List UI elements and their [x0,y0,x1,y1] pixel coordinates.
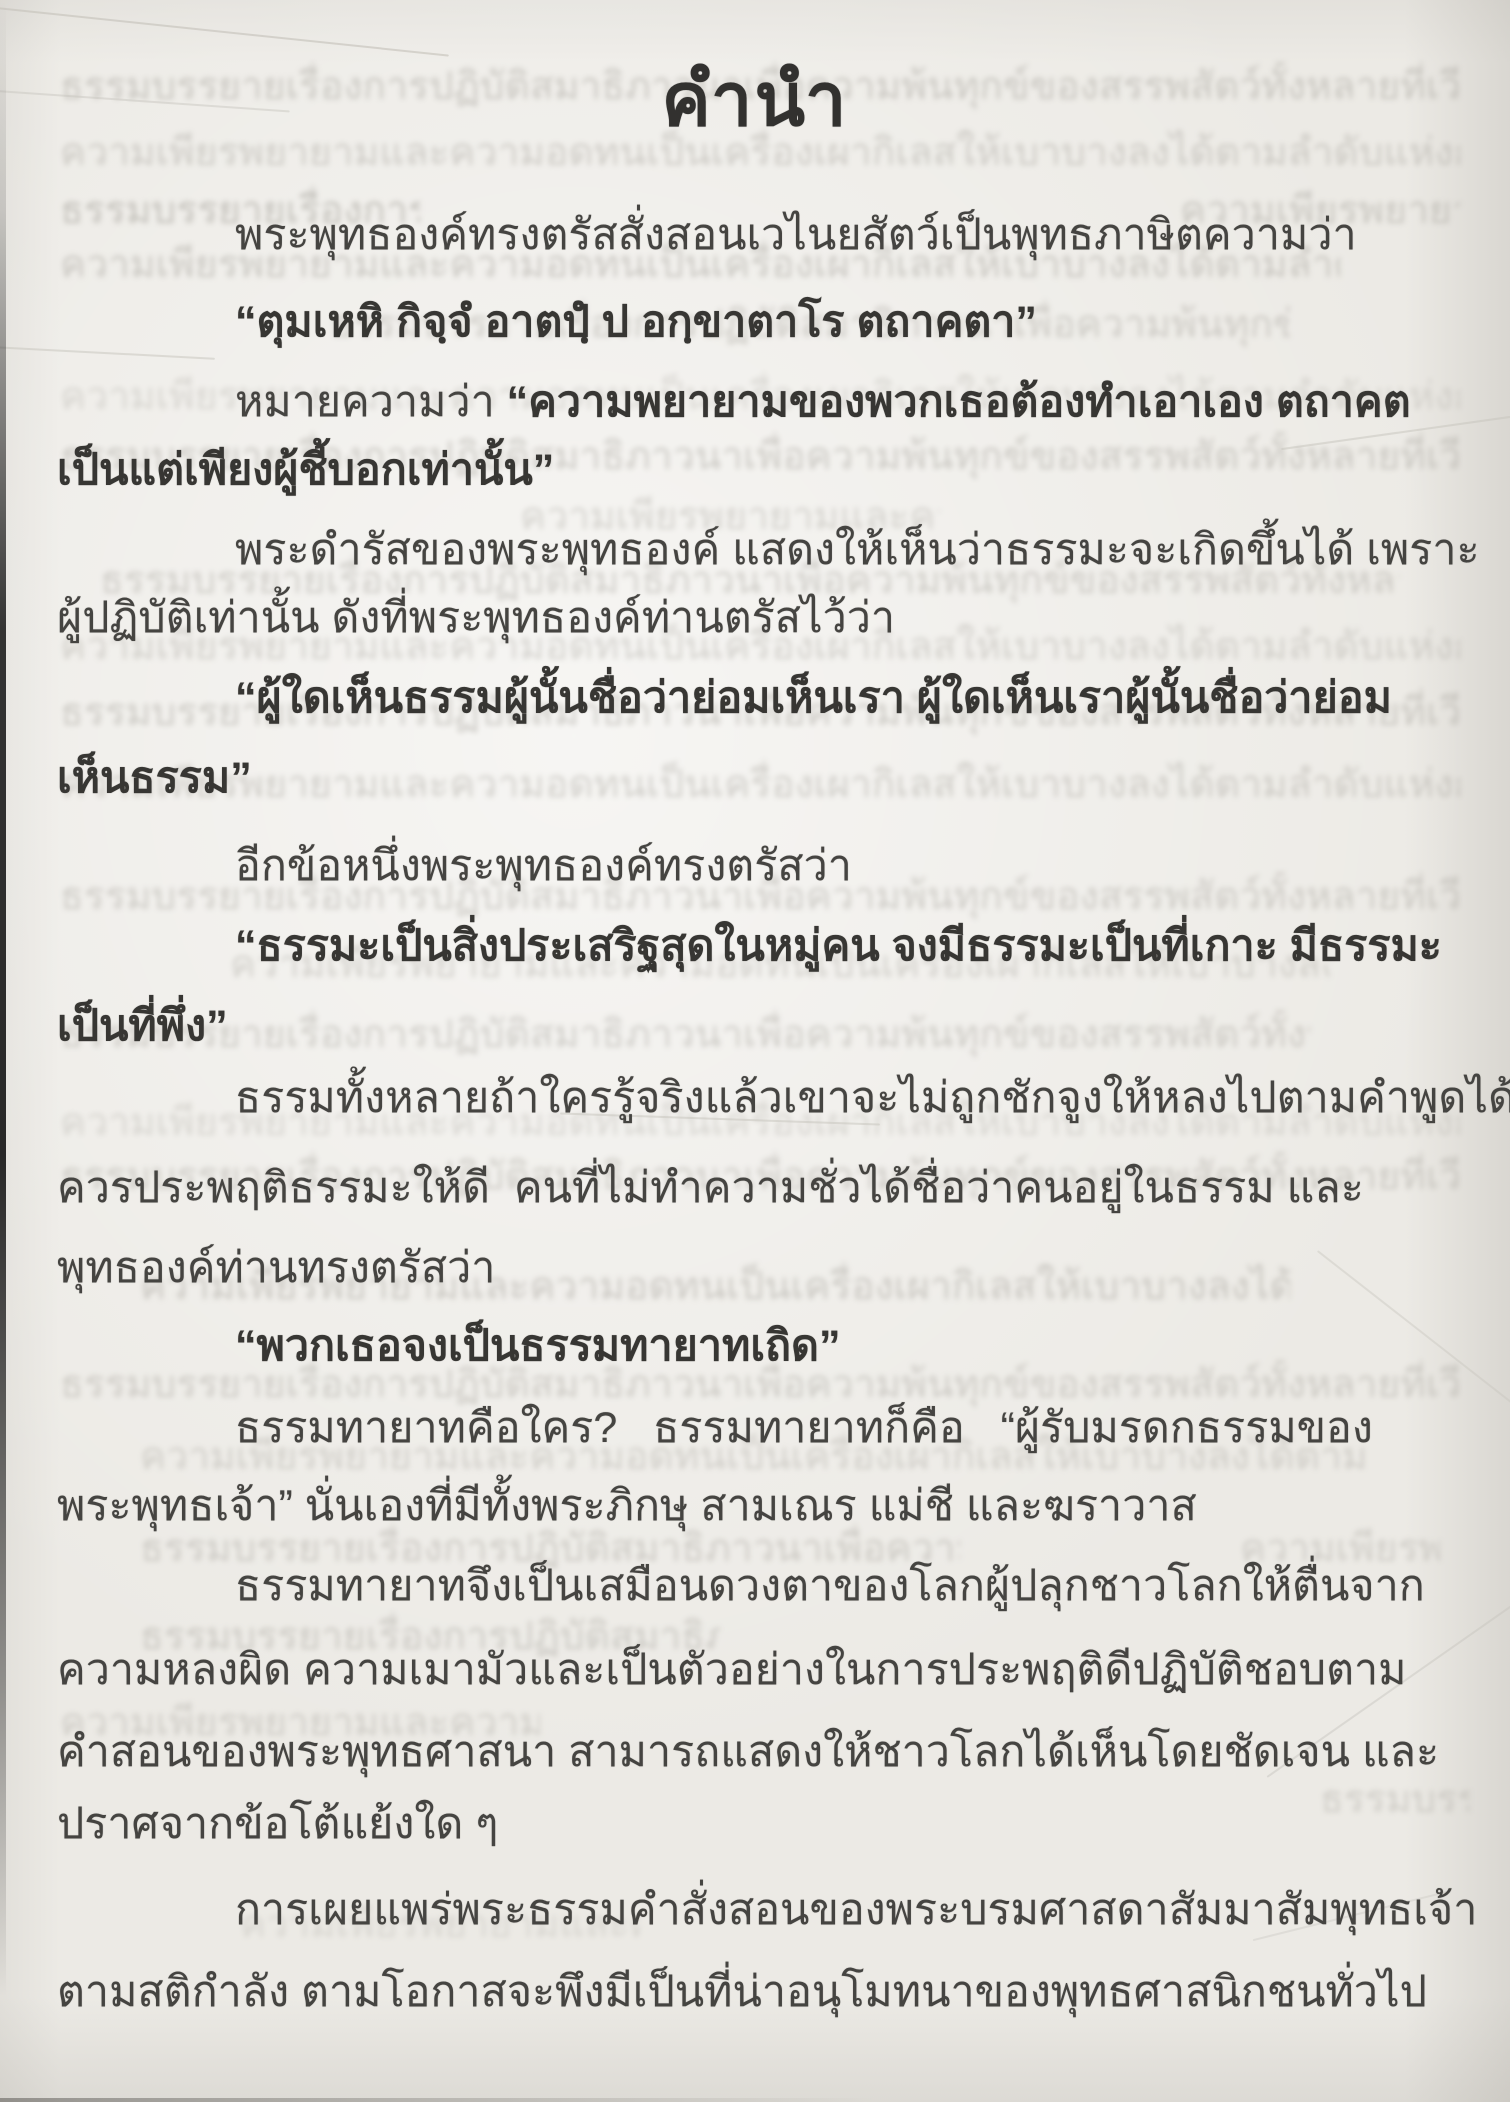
text-line: เห็นธรรม” [57,748,1465,812]
body-text: หมายความว่า [235,378,507,426]
body-text: อีกข้อหนึ่งพระพุทธองค์ทรงตรัสว่า [235,842,852,890]
text-line: ธรรมทายาทจึงเป็นเสมือนดวงตาของโลกผู้ปลุก… [57,1556,1510,1620]
text-line: คำสอนของพระพุทธศาสนา สามารถแสดงให้ชาวโลก… [57,1722,1465,1786]
text-line: อีกข้อหนึ่งพระพุทธองค์ทรงตรัสว่า [57,836,1510,900]
body-text: คำสอนของพระพุทธศาสนา สามารถแสดงให้ชาวโลก… [57,1728,1439,1776]
quoted-saying-text: “ความพยายามของพวกเธอต้องทำเอาเอง ตถาคต [507,378,1411,426]
quoted-saying-text: “ตุมเหหิ กิจฺจํ อาตปฺํ ป อกฺขาตาโร ตถาคต… [235,298,1037,346]
text-line: ปราศจากข้อโต้แย้งใด ๆ [57,1794,1465,1858]
text-line: “พวกเธอจงเป็นธรรมทายาทเถิด” [57,1316,1510,1380]
quoted-saying-text: “ผู้ใดเห็นธรรมผู้นั้นชื่อว่าย่อมเห็นเรา … [235,674,1392,722]
body-text: พุทธองค์ท่านทรงตรัสว่า [57,1244,495,1292]
text-line: การเผยแพร่พระธรรมคำสั่งสอนของพระบรมศาสดา… [57,1880,1510,1944]
body-text: พระดำรัสของพระพุทธองค์ แสดงให้เห็นว่าธรร… [235,526,1480,574]
body-text: ธรรมทั้งหลายถ้าใครรู้จริงแล้วเขาจะไม่ถูก… [235,1074,1510,1122]
text-line: เป็นแต่เพียงผู้ชี้บอกเท่านั้น” [57,440,1465,504]
body-text: ธรรมทายาทจึงเป็นเสมือนดวงตาของโลกผู้ปลุก… [235,1562,1425,1610]
text-line: ธรรมทั้งหลายถ้าใครรู้จริงแล้วเขาจะไม่ถูก… [57,1068,1510,1132]
body-text: การเผยแพร่พระธรรมคำสั่งสอนของพระบรมศาสดา… [235,1886,1477,1934]
text-line: “ตุมเหหิ กิจฺจํ อาตปฺํ ป อกฺขาตาโร ตถาคต… [57,292,1510,356]
quoted-saying-text: “ธรรมะเป็นสิ่งประเสริฐสุดในหมู่คน จงมีธร… [235,922,1442,970]
quoted-saying-text: เป็นที่พึ่ง” [57,1002,228,1050]
text-column: พระพุทธองค์ทรงตรัสสั่งสอนเวไนยสัตว์เป็นพ… [0,0,1510,2102]
text-line: “ธรรมะเป็นสิ่งประเสริฐสุดในหมู่คน จงมีธร… [57,916,1510,980]
quoted-saying-text: เป็นแต่เพียงผู้ชี้บอกเท่านั้น” [57,446,554,494]
quoted-saying-text: “พวกเธอจงเป็นธรรมทายาทเถิด” [235,1322,841,1370]
text-line: เป็นที่พึ่ง” [57,996,1465,1060]
body-text: ปราศจากข้อโต้แย้งใด ๆ [57,1800,498,1848]
body-text: พระพุทธองค์ทรงตรัสสั่งสอนเวไนยสัตว์เป็นพ… [235,211,1357,259]
body-text: ควรประพฤติธรรมะให้ดี คนที่ไม่ทำความชั่วไ… [57,1164,1364,1212]
text-line: ธรรมทายาทคือใคร? ธรรมทายาทก็คือ “ผู้รับม… [57,1398,1510,1462]
text-line: “ผู้ใดเห็นธรรมผู้นั้นชื่อว่าย่อมเห็นเรา … [57,668,1510,732]
body-text: ความหลงผิด ความเมามัวและเป็นตัวอย่างในกา… [57,1646,1407,1694]
body-text: ธรรมทายาทคือใคร? ธรรมทายาทก็คือ “ผู้รับม… [235,1404,1373,1452]
text-line: ควรประพฤติธรรมะให้ดี คนที่ไม่ทำความชั่วไ… [57,1158,1465,1222]
text-line: ตามสติกำลัง ตามโอกาสจะพึงมีเป็นที่น่าอนุ… [57,1962,1465,2026]
body-text: ผู้ปฏิบัติเท่านั้น ดังที่พระพุทธองค์ท่าน… [57,594,895,642]
text-line: พระดำรัสของพระพุทธองค์ แสดงให้เห็นว่าธรร… [57,520,1510,584]
quoted-saying-text: เห็นธรรม” [57,754,252,802]
body-text: พระพุทธเจ้า” นั่นเองที่มีทั้งพระภิกษุ สา… [57,1482,1197,1530]
body-text: ตามสติกำลัง ตามโอกาสจะพึงมีเป็นที่น่าอนุ… [57,1968,1427,2016]
scanned-page: ธรรมบรรยายเรื่องการปฏิบัติสมาธิภาวนาเพื่… [0,0,1510,2102]
text-line: พระพุทธเจ้า” นั่นเองที่มีทั้งพระภิกษุ สา… [57,1476,1465,1540]
text-line: หมายความว่า “ความพยายามของพวกเธอต้องทำเอ… [57,372,1510,436]
text-line: ความหลงผิด ความเมามัวและเป็นตัวอย่างในกา… [57,1640,1465,1704]
text-line: ผู้ปฏิบัติเท่านั้น ดังที่พระพุทธองค์ท่าน… [57,588,1465,652]
text-line: พระพุทธองค์ทรงตรัสสั่งสอนเวไนยสัตว์เป็นพ… [57,205,1510,269]
text-line: พุทธองค์ท่านทรงตรัสว่า [57,1238,1465,1302]
